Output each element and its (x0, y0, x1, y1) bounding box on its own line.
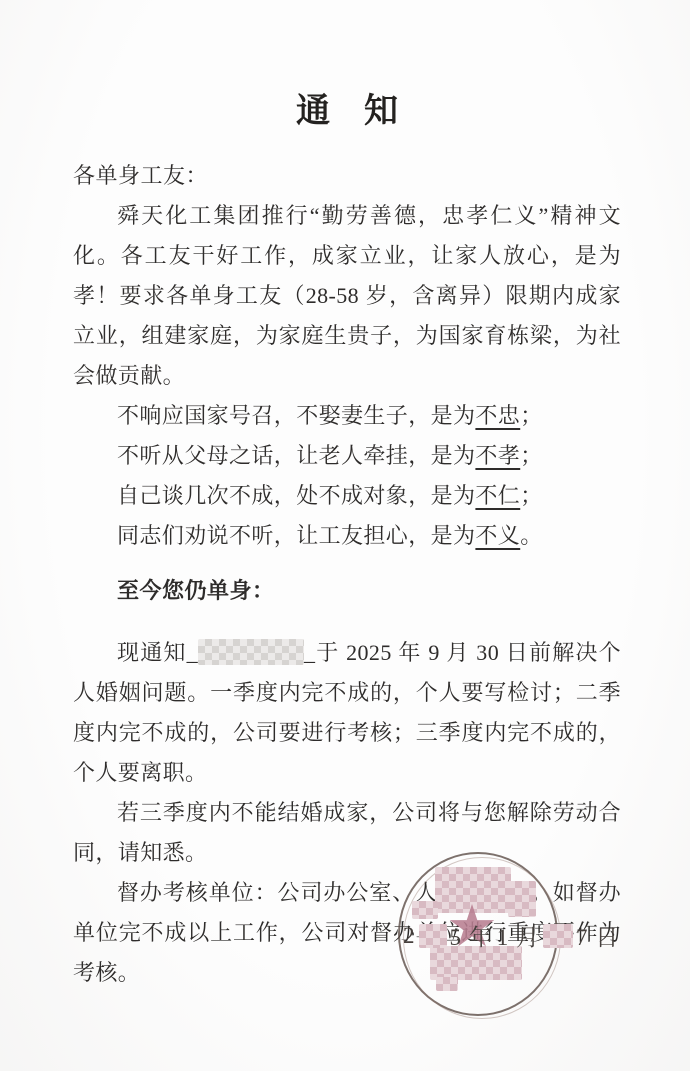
seal-date-pixelated-chip (419, 924, 447, 948)
creed-text: 同志们劝说不听，让工友担心，是为 (117, 523, 475, 548)
seal-date-line: 2 5 年 1 月 7 日 (403, 919, 619, 952)
paragraph-notice-deadline: 现通知__于 2025 年 9 月 30 日前解决个人婚姻问题。一季度内完不成的… (73, 633, 621, 793)
creed-term-underlined: 不仁 (475, 483, 520, 508)
redacted-name-block (198, 639, 304, 665)
seal-pixelation-patch (436, 977, 458, 991)
creed-text: 自己谈几次不成，处不成对象，是为 (117, 483, 475, 508)
creed-text: 不响应国家号召，不娶妻生子，是为 (117, 403, 475, 428)
seal-date-pixelated-chip (543, 924, 573, 948)
creed-tail: ； (520, 483, 542, 508)
underscore: _ (187, 640, 198, 665)
seal-pixelation-patch (508, 881, 536, 917)
seal-date-part: 1 月 (497, 919, 540, 952)
official-seal: ★ 2 5 年 1 月 7 日 (390, 845, 600, 1025)
seal-date-part: 5 年 (450, 919, 493, 952)
paragraph-intro: 舜天化工集团推行“勤劳善德，忠孝仁义”精神文化。各工友干好工作，成家立业，让家人… (73, 196, 621, 396)
salutation: 各单身工友： (73, 156, 621, 196)
creed-term-underlined: 不义 (475, 523, 520, 548)
creed-line-righteousness: 同志们劝说不听，让工友担心，是为不义。 (73, 516, 621, 556)
notice-document-page: 通 知 各单身工友： 舜天化工集团推行“勤劳善德，忠孝仁义”精神文化。各工友干好… (0, 0, 690, 1071)
document-title: 通 知 (73, 92, 621, 132)
creed-line-filial: 不听从父母之话，让老人牵挂，是为不孝； (73, 436, 621, 476)
creed-term-underlined: 不忠 (475, 403, 520, 428)
creed-text: 不听从父母之话，让老人牵挂，是为 (117, 443, 475, 468)
creed-tail: ； (520, 443, 542, 468)
seal-pixelation-patch (412, 901, 438, 919)
seal-date-part: 2 (403, 923, 416, 949)
creed-term-underlined: 不孝 (475, 443, 520, 468)
creed-line-benevolence: 自己谈几次不成，处不成对象，是为不仁； (73, 476, 621, 516)
underscore: _ (304, 640, 315, 665)
creed-tail: 。 (520, 523, 542, 548)
creed-line-loyalty: 不响应国家号召，不娶妻生子，是为不忠； (73, 396, 621, 436)
notice-prefix: 现通知 (117, 640, 187, 665)
creed-tail: ； (520, 403, 542, 428)
still-single-heading: 至今您仍单身： (73, 571, 621, 611)
seal-date-part: 7 日 (576, 919, 619, 952)
